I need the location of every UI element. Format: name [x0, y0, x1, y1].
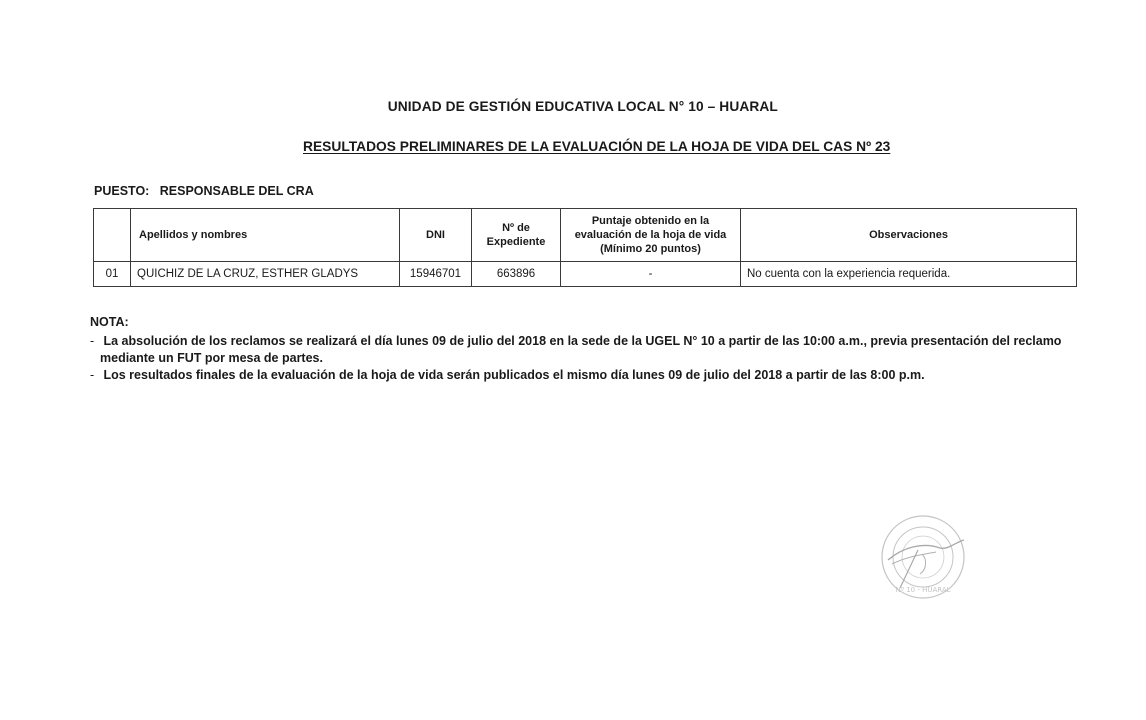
header-score-line3: (Mínimo 20 puntos) — [600, 243, 701, 255]
position-value: RESPONSABLE DEL CRA — [160, 184, 314, 198]
header-expediente: Nº de Expediente — [472, 209, 561, 262]
note-item-text: Los resultados finales de la evaluación … — [103, 368, 924, 382]
table-header-row: Apellidos y nombres DNI Nº de Expediente… — [94, 209, 1077, 262]
row-dni: 15946701 — [400, 262, 472, 287]
note-item: - Los resultados finales de la evaluació… — [90, 367, 1090, 384]
table-row: 01 QUICHIZ DE LA CRUZ, ESTHER GLADYS 159… — [94, 262, 1077, 287]
header-expediente-line2: Expediente — [487, 236, 546, 248]
seal-text: Nº 10 - HUARAL — [895, 586, 950, 594]
row-number: 01 — [94, 262, 131, 287]
note-item: - La absolución de los reclamos se reali… — [90, 333, 1090, 367]
official-seal-icon: Nº 10 - HUARAL — [878, 512, 968, 602]
document-subtitle: RESULTADOS PRELIMINARES DE LA EVALUACIÓN… — [303, 138, 890, 154]
results-table: Apellidos y nombres DNI Nº de Expediente… — [93, 208, 1077, 287]
header-observations: Observaciones — [741, 209, 1077, 262]
position-line: PUESTO: RESPONSABLE DEL CRA — [94, 184, 314, 198]
row-expediente: 663896 — [472, 262, 561, 287]
row-name: QUICHIZ DE LA CRUZ, ESTHER GLADYS — [131, 262, 400, 287]
institution-title: UNIDAD DE GESTIÓN EDUCATIVA LOCAL N° 10 … — [11, 98, 1134, 114]
header-score: Puntaje obtenido en la evaluación de la … — [561, 209, 741, 262]
header-score-line2: evaluación de la hoja de vida — [575, 229, 727, 241]
header-dni: DNI — [400, 209, 472, 262]
header-score-line1: Puntaje obtenido en la — [592, 215, 709, 227]
position-label: PUESTO: — [94, 184, 149, 198]
note-item-text: La absolución de los reclamos se realiza… — [100, 334, 1061, 365]
header-number — [94, 209, 131, 262]
row-score: - — [561, 262, 741, 287]
header-name: Apellidos y nombres — [131, 209, 400, 262]
notes-label: NOTA: — [90, 314, 1090, 331]
row-observations: No cuenta con la experiencia requerida. — [741, 262, 1077, 287]
notes-section: NOTA: - La absolución de los reclamos se… — [90, 314, 1090, 384]
header-expediente-line1: Nº de — [502, 222, 530, 234]
